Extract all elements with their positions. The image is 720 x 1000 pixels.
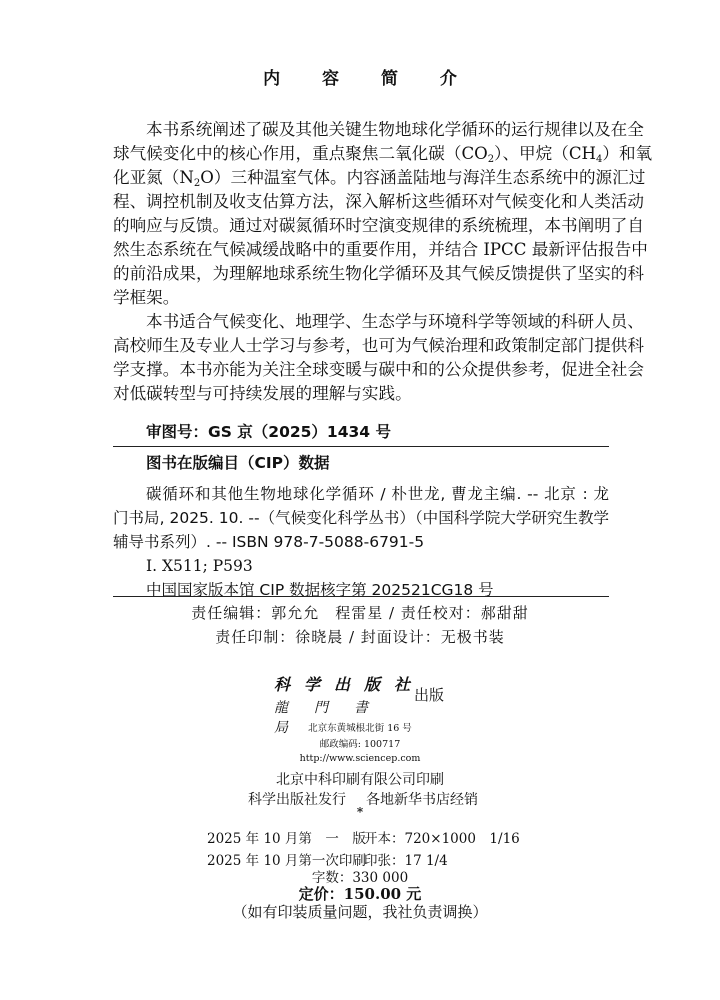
- summary-line: 高校师生及专业人士学习与参考，也可为气候治理和政策制定部门提供科: [113, 334, 609, 358]
- copyright-page: 内 容 简 介 本书系统阐述了碳及其他关键生物地球化学循环的运行规律以及在全 球…: [0, 0, 720, 1000]
- printer: 北京中科印刷有限公司印刷: [0, 769, 720, 789]
- format-size: 开本：720×1000 1/16: [364, 827, 520, 847]
- summary-line: 然生态系统在气候减缓战略中的重要作用，并结合 IPCC 最新评估报告中: [113, 238, 609, 262]
- summary-line: 学支撑。本书亦能为关注全球变暖与碳中和的公众提供参考，促进全社会: [113, 358, 609, 382]
- divider: [113, 446, 609, 447]
- map-approval-number: 审图号：GS 京（2025）1434 号: [146, 420, 609, 444]
- publisher-suffix: 出版: [414, 684, 444, 705]
- summary-line: 学框架。: [113, 286, 609, 310]
- quality-notice: （如有印装质量问题，我社负责调换）: [0, 901, 720, 922]
- publisher-url[interactable]: http://www.sciencep.com: [0, 753, 720, 764]
- summary-line: 的前沿成果，为理解地球系统生物化学循环及其气候反馈提供了坚实的科: [113, 262, 609, 286]
- summary-line: 的响应与反馈。通过对碳氮循环时空演变规律的系统梳理，本书阐明了自: [113, 214, 609, 238]
- divider: [113, 596, 609, 597]
- summary-line: 对低碳转型与可持续发展的理解与实践。: [113, 382, 609, 406]
- cip-heading: 图书在版编目（CIP）数据: [146, 451, 609, 475]
- editor-credits: 责任编辑：郭允允 程雷星 / 责任校对：郝甜甜: [0, 602, 720, 624]
- publisher-postcode: 邮政编码: 100717: [0, 736, 720, 750]
- edition-date: 2025 年 10 月第 一 版: [207, 827, 366, 847]
- publisher-name-science-press: 科学出版社: [274, 672, 424, 695]
- cip-line: 碳循环和其他生物地球化学循环 / 朴世龙, 曹龙主编. -- 北京 : 龙: [146, 482, 609, 506]
- summary-line: 程、调控机制及收支估算方法，深入解析这些循环对气候变化和人类活动: [113, 190, 609, 214]
- cip-record-number: 中国国家版本馆 CIP 数据核字第 202521CG18 号: [146, 578, 609, 602]
- page-title: 内 容 简 介: [0, 64, 720, 89]
- summary-line: 本书适合气候变化、地理学、生态学与环境科学等领域的科研人员、: [146, 310, 609, 334]
- cip-line: 辅导书系列）. -- ISBN 978-7-5088-6791-5: [113, 530, 609, 554]
- cip-classification: Ⅰ. X511; P593: [146, 554, 609, 578]
- production-credits: 责任印制：徐晓晨 / 封面设计：无极书装: [0, 626, 720, 648]
- separator-star: *: [0, 805, 720, 819]
- summary-line: 本书系统阐述了碳及其他关键生物地球化学循环的运行规律以及在全: [146, 118, 609, 142]
- summary-line: 化亚氮（N2O）三种温室气体。内容涵盖陆地与海洋生态系统中的源汇过: [113, 166, 609, 190]
- publisher-address: 北京东黄城根北街 16 号: [0, 720, 720, 734]
- summary-line: 球气候变化中的核心作用，重点聚焦二氧化碳（CO2）、甲烷（CH4）和氧: [113, 142, 609, 166]
- cip-line: 门书局, 2025. 10. --（气候变化科学丛书）（中国科学院大学研究生教学: [113, 506, 609, 530]
